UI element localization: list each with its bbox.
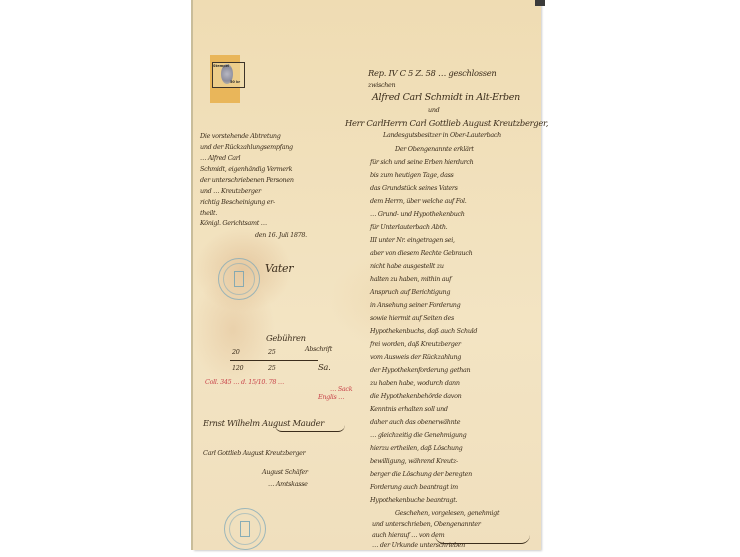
body-line: Geschehen, vorgelesen, genehmigt xyxy=(395,509,499,517)
fee-amount: 20 xyxy=(232,348,240,356)
body-line: für sich und seine Erben hierdurch xyxy=(370,158,474,166)
fee-rule xyxy=(230,360,318,361)
body-line: und unterschrieben, Obengenannter xyxy=(372,520,481,528)
margin-line: der unterschriebenen Personen xyxy=(200,176,294,184)
body-line: Hypothekenbuchs, daß auch Schuld xyxy=(370,327,477,335)
red-note: Englis … xyxy=(318,393,344,401)
body-line: hierzu ertheilen, daß Löschung xyxy=(370,444,462,452)
body-line: die Hypothekenbehörde davon xyxy=(370,392,461,400)
body-line: sowie hiermit auf Seiten des xyxy=(370,314,454,322)
official-seal-upper xyxy=(218,258,260,300)
official-signature: Vater xyxy=(265,262,293,275)
red-note: … Sack xyxy=(330,385,352,393)
body-line: Forderung auch beantragt im xyxy=(370,483,458,491)
body-line: für Unterlauterbach Abth. xyxy=(370,223,447,231)
body-line: Anspruch auf Berichtigung xyxy=(370,288,450,296)
body-line: das Grundstück seines Vaters xyxy=(370,184,458,192)
body-line: halten zu haben, mithin auf xyxy=(370,275,451,283)
body-line: in Ansehung seiner Forderung xyxy=(370,301,460,309)
body-line: berger die Löschung der beregten xyxy=(370,470,472,478)
body-line: … gleichzeitig die Genehmigung xyxy=(370,431,466,439)
fee-amount: 25 xyxy=(268,348,276,356)
red-note: Coll. 345 … d. 15/10. 78 … xyxy=(205,378,284,386)
body-line: daher auch das obenerwähnte xyxy=(370,418,460,426)
margin-line: theilt. xyxy=(200,209,217,217)
margin-line: Königl. Gerichtsamt … xyxy=(200,219,267,227)
header-line: Alfred Carl Schmidt in Alt-Erben xyxy=(372,92,520,103)
signature: … Amtskasse xyxy=(268,480,308,488)
body-line: bis zum heutigen Tage, dass xyxy=(370,171,454,179)
body-line: III unter Nr. eingetragen sei, xyxy=(370,236,455,244)
margin-line: … Alfred Carl xyxy=(200,154,240,162)
stamp-label: Stempel xyxy=(213,64,229,68)
header-line: Landesgutsbesitzer in Ober-Lauterbach xyxy=(383,131,501,139)
signature-flourish xyxy=(275,425,345,432)
body-line: zu haben habe, wodurch dann xyxy=(370,379,460,387)
signature: Carl Gottlieb August Kreutzberger xyxy=(203,449,305,457)
margin-line: Schmidt, eigenhändig Vermerk xyxy=(200,165,292,173)
body-line: Hypothekenbuche beantragt. xyxy=(370,496,457,504)
scan-edge xyxy=(535,0,545,6)
body-line: der Hypothekenforderung gethan xyxy=(370,366,470,374)
stamp-value: 50 kr xyxy=(230,80,240,84)
header-line: zwischen xyxy=(368,81,395,89)
header-line: Herrn Carl Gottlieb August Kreutzberger, xyxy=(383,118,548,128)
body-line: … Grund- und Hypothekenbuch xyxy=(370,210,465,218)
body-line: Der Obengenannte erklärt xyxy=(395,145,474,153)
fee-amount: 25 xyxy=(268,364,276,372)
header-line: Rep. IV C 5 Z. 58 … geschlossen xyxy=(368,68,496,78)
body-line: bewilligung, während Kreutz- xyxy=(370,457,458,465)
header-line-recipient: Herr Carl xyxy=(345,118,383,128)
body-line: aber von diesem Rechte Gebrauch xyxy=(370,249,472,257)
body-line: nicht habe ausgestellt zu xyxy=(370,262,444,270)
signature: August Schäfer xyxy=(262,468,308,476)
body-line: dem Herrn, über welche auf Fol. xyxy=(370,197,467,205)
body-line: frei worden, daß Kreutzberger xyxy=(370,340,461,348)
margin-date: den 16. Juli 1878. xyxy=(255,231,307,239)
signature-flourish xyxy=(435,535,530,544)
body-line: vom Ausweis der Rückzahlung xyxy=(370,353,461,361)
body-line: Kenntnis erhalten soll und xyxy=(370,405,448,413)
fee-label: Sa. xyxy=(318,362,331,372)
official-seal-lower xyxy=(224,508,266,550)
header-line: und xyxy=(428,106,439,114)
fee-label: Abschrift xyxy=(305,345,332,353)
margin-line: richtig Bescheinigung er- xyxy=(200,198,275,206)
fee-heading: Gebühren xyxy=(266,333,306,343)
margin-line: Die vorstehende Abtretung xyxy=(200,132,281,140)
margin-line: und … Kreutzberger xyxy=(200,187,261,195)
margin-line: und der Rückzahlungsempfang xyxy=(200,143,293,151)
fee-amount: 120 xyxy=(232,364,243,372)
